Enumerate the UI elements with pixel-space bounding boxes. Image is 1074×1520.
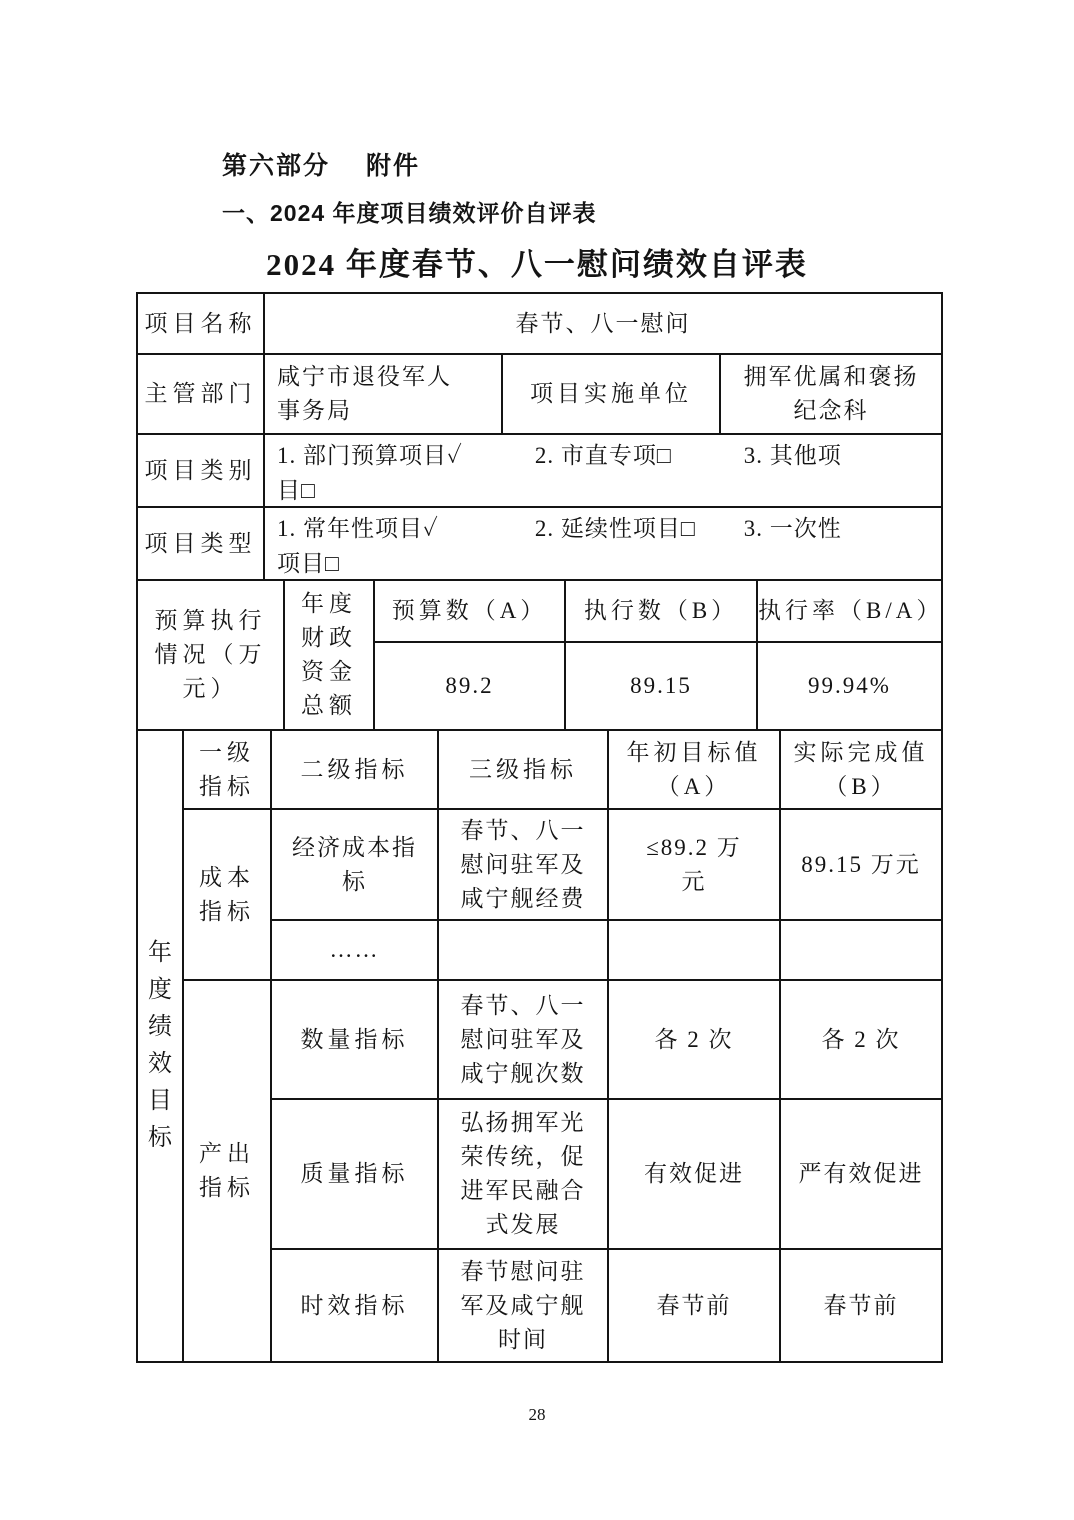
level2-cell: …… bbox=[272, 921, 439, 979]
level3-cell: 春节、八一 慰问驻军及 咸宁舰次数 bbox=[439, 981, 609, 1098]
budget-col-b: 执行数（B） 89.15 bbox=[566, 581, 758, 729]
indicator-header-row: 二级指标 三级指标 年初目标值 （A） 实际完成值 （B） bbox=[272, 731, 941, 810]
sub-heading: 一、2024 年度项目绩效评价自评表 bbox=[222, 195, 597, 228]
indicator-row-quantity: 数量指标 春节、八一 慰问驻军及 咸宁舰次数 各 2 次 各 2 次 bbox=[272, 981, 941, 1100]
indicator-row-quality: 质量指标 弘扬拥军光 荣传统，促 进军民融合 式发展 有效促进 严有效促进 bbox=[272, 1100, 941, 1250]
dept-label: 主管部门 bbox=[138, 355, 265, 433]
budget-rate-value: 99.94% bbox=[758, 643, 941, 729]
budget-b-value: 89.15 bbox=[566, 643, 756, 729]
impl-unit-label: 项目实施单位 bbox=[503, 355, 721, 433]
budget-a-header: 预算数（A） bbox=[375, 581, 564, 643]
impl-unit-value: 拥军优属和褒扬 纪念科 bbox=[721, 355, 941, 433]
dept-value: 咸宁市退役军人 事务局 bbox=[265, 355, 503, 433]
indicator-row-ellipsis: …… bbox=[272, 921, 941, 981]
indicator-grid: 二级指标 三级指标 年初目标值 （A） 实际完成值 （B） 经济成本指 标 春节… bbox=[272, 731, 941, 1361]
level1-indicator-column: 一级 指标 成本 指标 产出 指标 bbox=[184, 731, 272, 1361]
level1-header: 一级 指标 bbox=[184, 731, 270, 810]
indicator-row-economic-cost: 经济成本指 标 春节、八一 慰问驻军及 咸宁舰经费 ≤89.2 万 元 89.1… bbox=[272, 810, 941, 921]
level3-cell bbox=[439, 921, 609, 979]
row-project-category: 项目类别 1. 部门预算项目✓ 2. 市直专项□ 3. 其他项 目□ bbox=[138, 435, 941, 508]
type-options: 1. 常年性项目✓ 2. 延续性项目□ 3. 一次性 项目□ bbox=[265, 508, 941, 579]
actual-header: 实际完成值 （B） bbox=[781, 731, 941, 808]
budget-col-rate: 执行率（B/A） 99.94% bbox=[758, 581, 941, 729]
row-budget-execution: 预算执行 情况（万 元） 年度 财政 资金 总额 预算数（A） 89.2 执行数… bbox=[138, 581, 941, 731]
target-cell: 各 2 次 bbox=[609, 981, 781, 1098]
target-cell: ≤89.2 万 元 bbox=[609, 810, 781, 919]
row-departments: 主管部门 咸宁市退役军人 事务局 项目实施单位 拥军优属和褒扬 纪念科 bbox=[138, 355, 941, 435]
section-annual-performance: 年 度 绩 效 目 标 一级 指标 成本 指标 产出 指标 二级指标 三级指标 … bbox=[138, 731, 941, 1361]
level3-header: 三级指标 bbox=[439, 731, 609, 808]
type-label: 项目类型 bbox=[138, 508, 265, 579]
row-project-name: 项目名称 春节、八一慰问 bbox=[138, 294, 941, 355]
budget-b-header: 执行数（B） bbox=[566, 581, 756, 643]
actual-cell bbox=[781, 921, 941, 979]
table-title: 2024 年度春节、八一慰问绩效自评表 bbox=[0, 239, 1074, 284]
document-page: 第六部分 附件 一、2024 年度项目绩效评价自评表 2024 年度春节、八一慰… bbox=[0, 0, 1074, 1520]
budget-a-value: 89.2 bbox=[375, 643, 564, 729]
level3-cell: 春节慰问驻 军及咸宁舰 时间 bbox=[439, 1250, 609, 1361]
level2-cell: 质量指标 bbox=[272, 1100, 439, 1248]
level2-cell: 时效指标 bbox=[272, 1250, 439, 1361]
actual-cell: 春节前 bbox=[781, 1250, 941, 1361]
section-heading: 第六部分 附件 bbox=[222, 146, 420, 182]
output-indicator-group-label: 产出 指标 bbox=[184, 981, 270, 1361]
level2-header: 二级指标 bbox=[272, 731, 439, 808]
actual-cell: 各 2 次 bbox=[781, 981, 941, 1098]
row-project-type: 项目类型 1. 常年性项目✓ 2. 延续性项目□ 3. 一次性 项目□ bbox=[138, 508, 941, 581]
target-cell: 有效促进 bbox=[609, 1100, 781, 1248]
project-name-value: 春节、八一慰问 bbox=[265, 294, 941, 353]
category-label: 项目类别 bbox=[138, 435, 265, 506]
level2-cell: 数量指标 bbox=[272, 981, 439, 1098]
budget-label: 预算执行 情况（万 元） bbox=[138, 581, 285, 729]
category-options: 1. 部门预算项目✓ 2. 市直专项□ 3. 其他项 目□ bbox=[265, 435, 941, 506]
target-header: 年初目标值 （A） bbox=[609, 731, 781, 808]
level2-cell: 经济成本指 标 bbox=[272, 810, 439, 919]
indicator-row-timeliness: 时效指标 春节慰问驻 军及咸宁舰 时间 春节前 春节前 bbox=[272, 1250, 941, 1361]
annual-fund-total-label: 年度 财政 资金 总额 bbox=[285, 581, 375, 729]
annual-performance-side-label: 年 度 绩 效 目 标 bbox=[138, 731, 184, 1361]
actual-cell: 89.15 万元 bbox=[781, 810, 941, 919]
level3-cell: 春节、八一 慰问驻军及 咸宁舰经费 bbox=[439, 810, 609, 919]
self-evaluation-table: 项目名称 春节、八一慰问 主管部门 咸宁市退役军人 事务局 项目实施单位 拥军优… bbox=[136, 292, 943, 1363]
target-cell: 春节前 bbox=[609, 1250, 781, 1361]
actual-cell: 严有效促进 bbox=[781, 1100, 941, 1248]
target-cell bbox=[609, 921, 781, 979]
level3-cell: 弘扬拥军光 荣传统，促 进军民融合 式发展 bbox=[439, 1100, 609, 1248]
budget-col-a: 预算数（A） 89.2 bbox=[375, 581, 566, 729]
budget-rate-header: 执行率（B/A） bbox=[758, 581, 941, 643]
page-number: 28 bbox=[0, 1405, 1074, 1425]
cost-indicator-group-label: 成本 指标 bbox=[184, 810, 270, 981]
project-name-label: 项目名称 bbox=[138, 294, 265, 353]
